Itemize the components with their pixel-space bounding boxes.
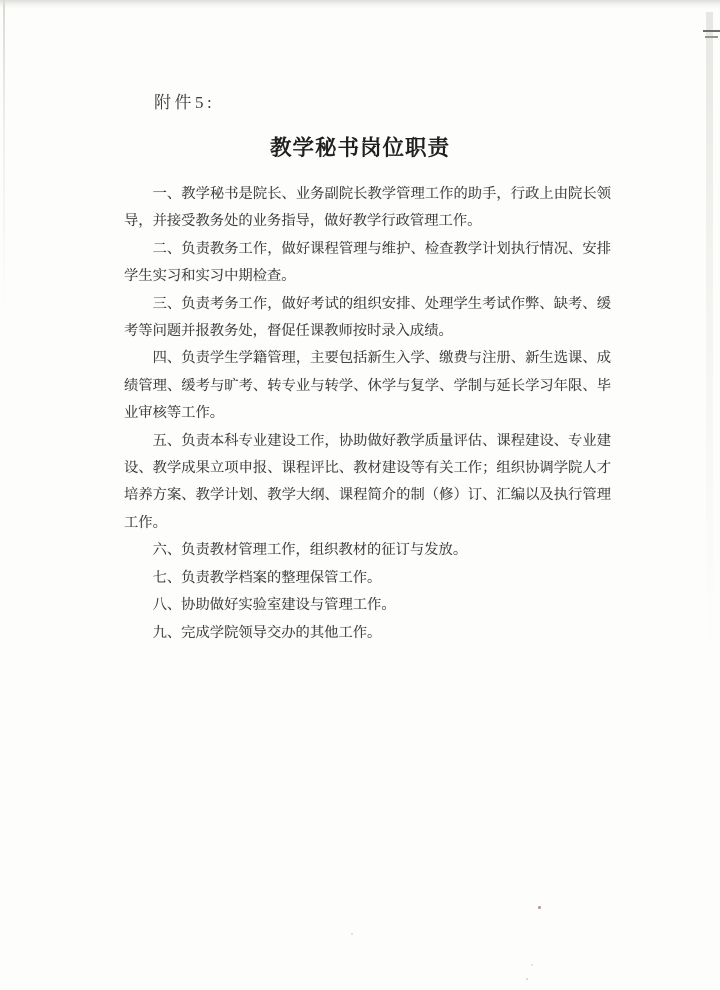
duty-paragraph-5: 五、负责本科专业建设工作，协助做好教学质量评估、课程建设、专业建设、教学成果立项…	[124, 428, 611, 538]
duty-paragraph-9: 九、完成学院领导交办的其他工作。	[124, 620, 611, 647]
document-body: 一、教学秘书是院长、业务副院长教学管理工作的助手，行政上由院长领导，并接受教务处…	[124, 181, 611, 647]
scan-artifact-top-edge	[0, 0, 720, 9]
duty-paragraph-4: 四、负责学生学籍管理，主要包括新生入学、缴费与注册、新生选课、成绩管理、缓考与旷…	[124, 345, 611, 427]
duty-paragraph-6: 六、负责教材管理工作，组织教材的征订与发放。	[124, 537, 611, 564]
scan-artifact-dash	[705, 36, 718, 38]
document-title: 教学秘书岗位职责	[0, 131, 720, 162]
duty-paragraph-3: 三、负责考务工作，做好考试的组织安排、处理学生考试作弊、缺考、缓考等问题并报教务…	[124, 291, 611, 346]
duty-paragraph-7: 七、负责教学档案的整理保管工作。	[124, 565, 611, 592]
scan-artifact-speck	[351, 933, 353, 935]
duty-paragraph-2: 二、负责教务工作，做好课程管理与维护、检查教学计划执行情况、安排学生实习和实习中…	[124, 236, 611, 291]
duty-paragraph-1: 一、教学秘书是院长、业务副院长教学管理工作的助手，行政上由院长领导，并接受教务处…	[124, 181, 611, 236]
scan-artifact-right-streak	[706, 12, 713, 652]
scan-artifact-speck	[526, 978, 528, 980]
attachment-label: 附件5:	[154, 88, 215, 113]
duty-paragraph-8: 八、协助做好实验室建设与管理工作。	[124, 592, 611, 619]
scan-artifact-dash	[703, 30, 720, 32]
scan-artifact-speck	[531, 964, 533, 966]
scan-artifact-speck	[538, 906, 541, 909]
scanned-document-page: 附件5: 教学秘书岗位职责 一、教学秘书是院长、业务副院长教学管理工作的助手，行…	[0, 0, 720, 990]
